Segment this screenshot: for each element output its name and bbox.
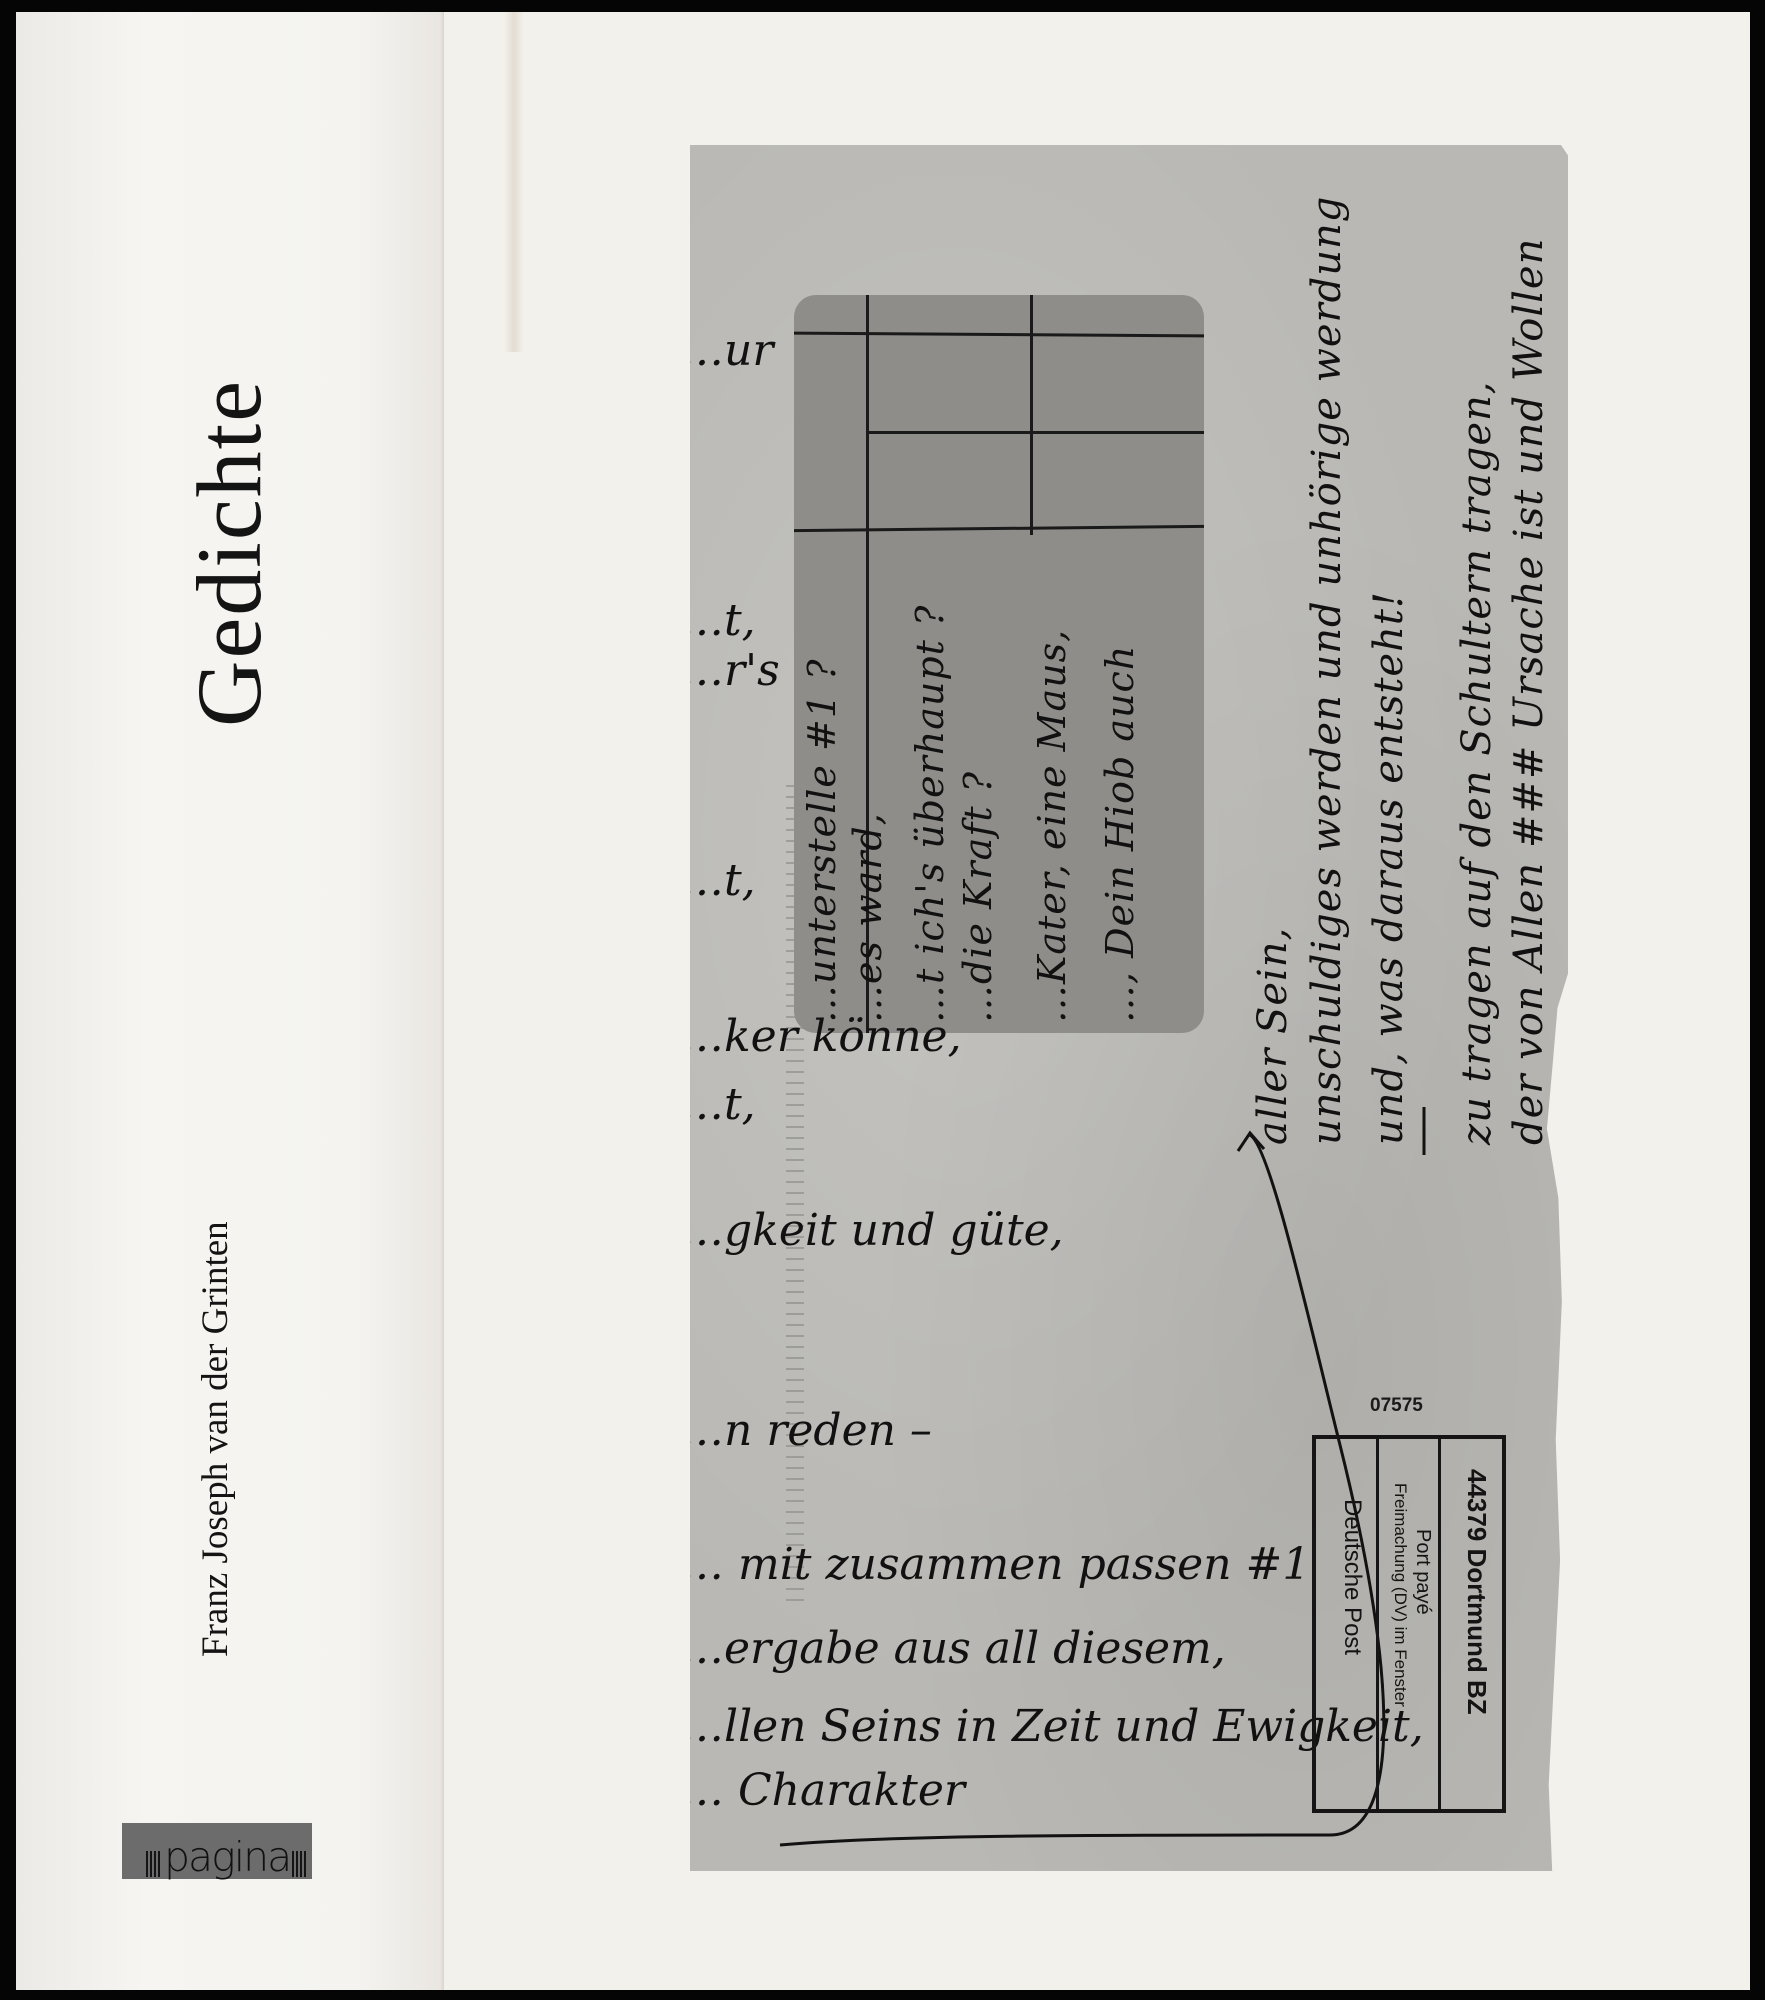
stamp-port-paye: Port payé bbox=[1411, 1529, 1434, 1615]
postage-frank-stamp: 44379 Dortmund BZ Port payé Freimachung … bbox=[1312, 1435, 1506, 1813]
stamp-freimachung: Freimachung (DV) im Fenster bbox=[1390, 1483, 1410, 1707]
book-title: Gedichte bbox=[176, 379, 282, 727]
book-dust-jacket: Gedichte Franz Joseph van der Grinten pa… bbox=[16, 12, 1750, 1990]
logo-bars-left-icon bbox=[146, 1851, 162, 1877]
manuscript-envelope-collage: …unterstelle #1 ? …es ward, …t ich's übe… bbox=[690, 145, 1568, 1871]
publisher-logo: pagina bbox=[122, 1823, 312, 1879]
postage-number: 07575 bbox=[1370, 1395, 1423, 1417]
book-spine: Gedichte Franz Joseph van der Grinten pa… bbox=[16, 12, 444, 1990]
book-author: Franz Joseph van der Grinten bbox=[194, 1221, 237, 1657]
stamp-deutsche-post: Deutsche Post bbox=[1338, 1499, 1366, 1655]
publisher-name: pagina bbox=[164, 1837, 290, 1878]
logo-bars-right-icon bbox=[292, 1851, 306, 1877]
stamp-city: 44379 Dortmund BZ bbox=[1461, 1469, 1492, 1715]
cover-stain bbox=[504, 12, 524, 352]
